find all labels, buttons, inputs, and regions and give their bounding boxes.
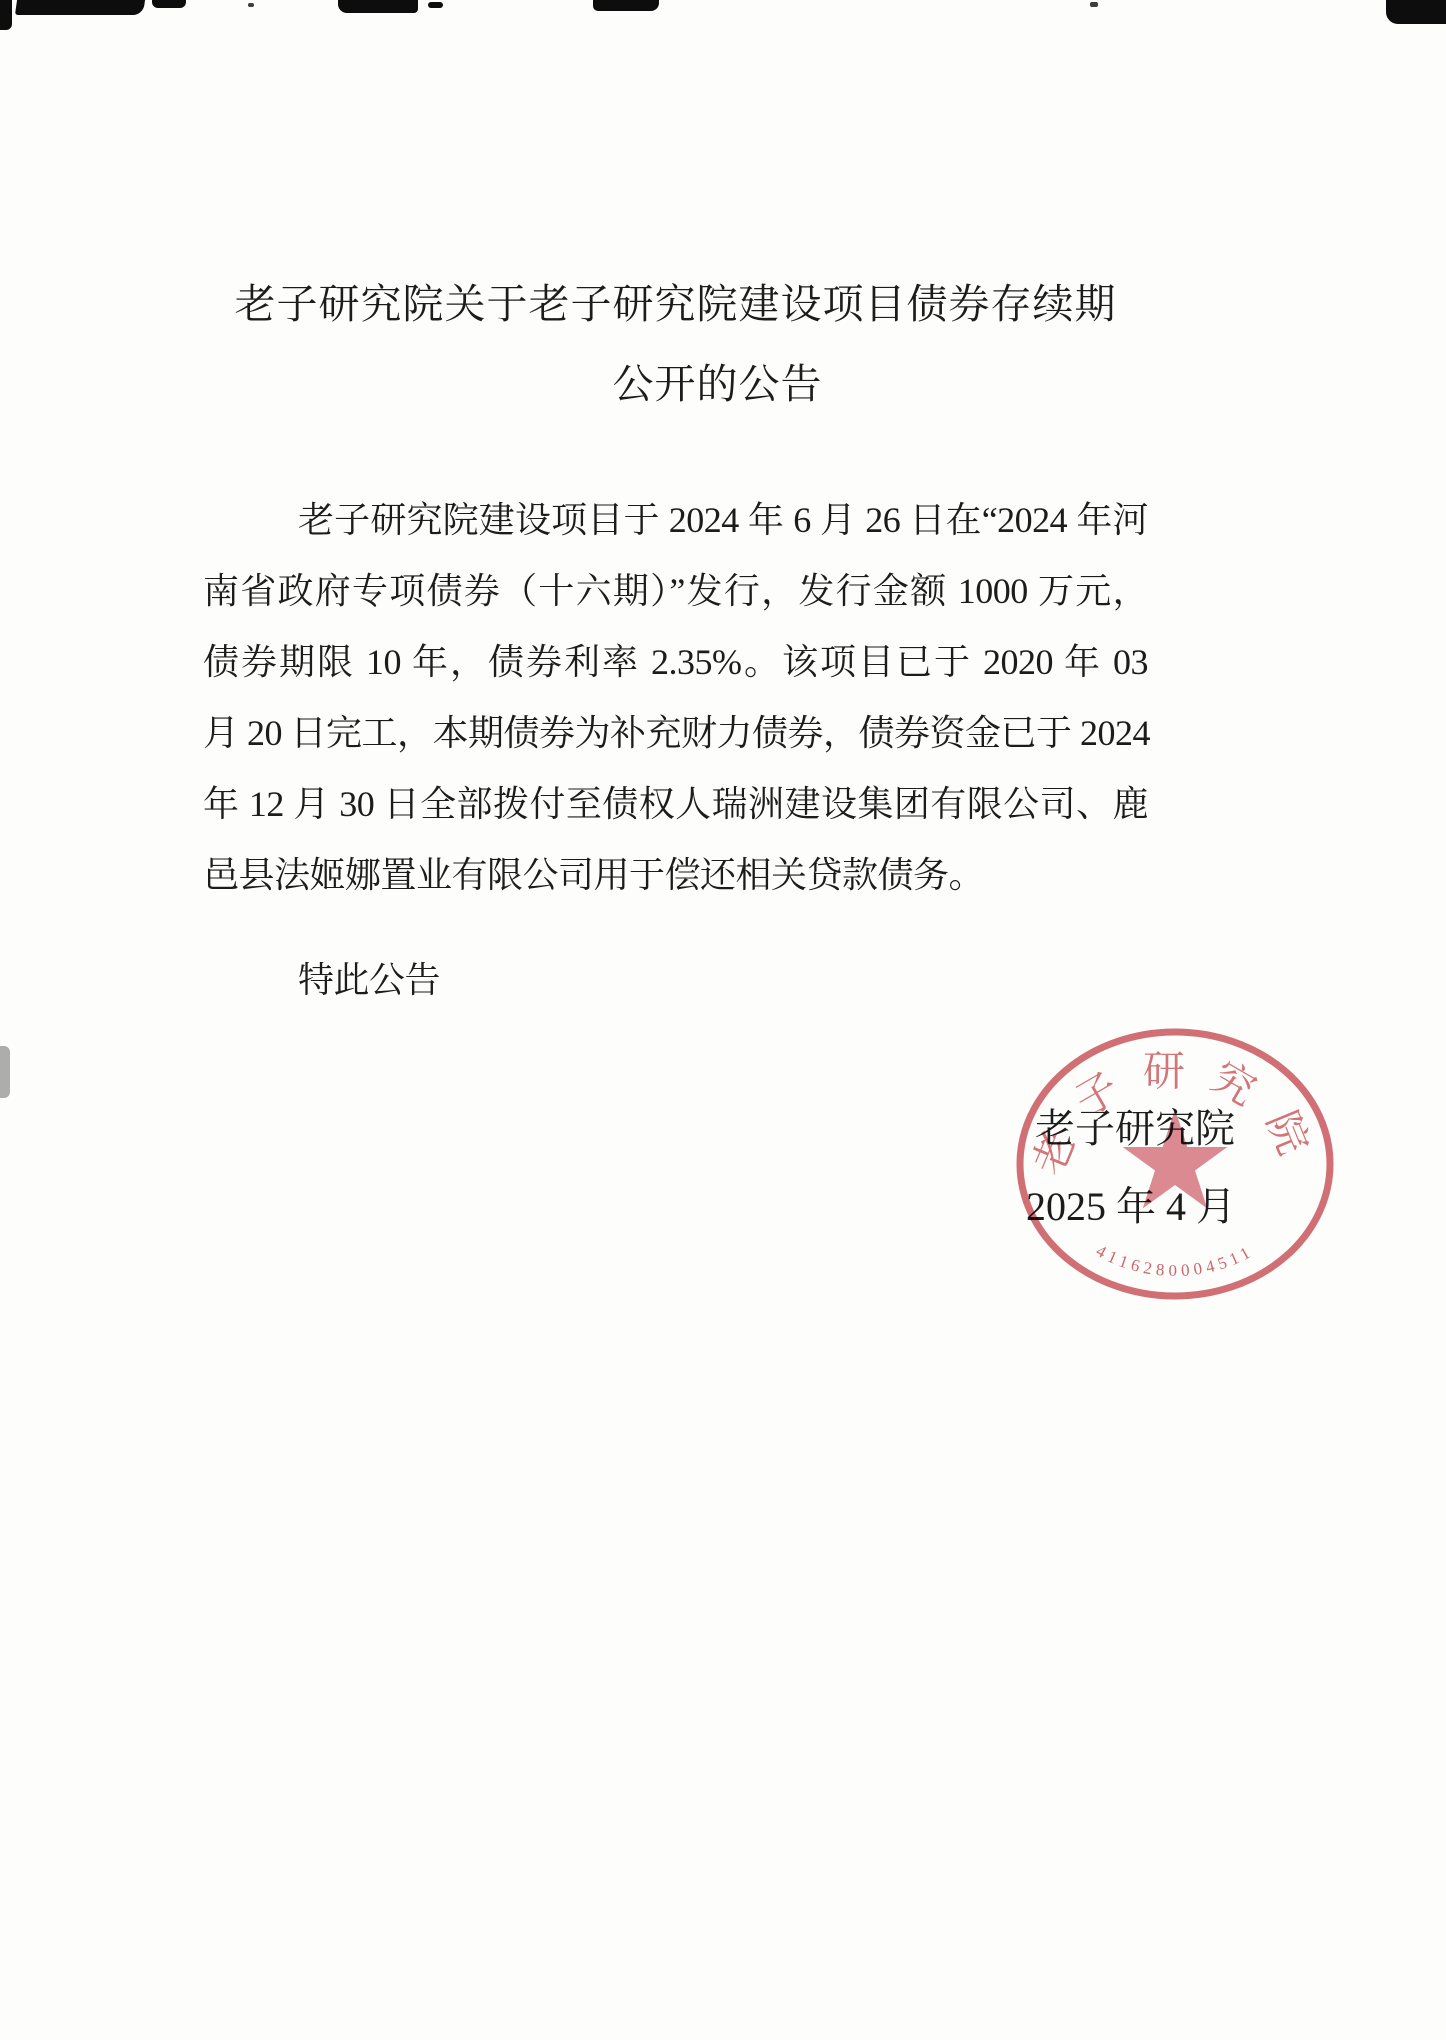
- document-content: 老子研究院关于老子研究院建设项目债券存续期 公开的公告 老子研究院建设项目于 2…: [203, 278, 1148, 1016]
- body-line: 月 20 日完工，本期债券为补充财力债券，债券资金已于 2024: [203, 698, 1148, 769]
- document-title-line2: 公开的公告: [203, 358, 1148, 410]
- scan-artifact: [593, 0, 659, 11]
- scan-artifact: [152, 0, 186, 8]
- closing-line: 特此公告: [203, 945, 1148, 1016]
- document-page: 老子研究院关于老子研究院建设项目债券存续期 公开的公告 老子研究院建设项目于 2…: [0, 0, 1446, 2040]
- body-line: 老子研究院建设项目于 2024 年 6 月 26 日在“2024 年河: [203, 485, 1148, 556]
- scan-artifact: [0, 0, 12, 30]
- seal-serial-number: 4116280004511: [1093, 1241, 1257, 1280]
- body-paragraph: 老子研究院建设项目于 2024 年 6 月 26 日在“2024 年河 南省政府…: [203, 485, 1148, 1016]
- document-title-line1: 老子研究院关于老子研究院建设项目债券存续期: [203, 278, 1148, 330]
- seal-star: [1123, 1109, 1228, 1209]
- body-line: 年 12 月 30 日全部拨付至债权人瑞洲建设集团有限公司、鹿: [203, 769, 1148, 840]
- scan-artifact: [1386, 0, 1446, 24]
- body-line: 邑县法姬娜置业有限公司用于偿还相关贷款债务。: [203, 840, 1148, 911]
- scan-artifact: [428, 2, 443, 8]
- scan-artifact: [15, 0, 145, 15]
- scan-artifact: [248, 3, 254, 7]
- official-seal: 老子研究院 4116280004511: [1010, 1022, 1340, 1306]
- body-line: 南省政府专项债券（十六期）”发行，发行金额 1000 万元，: [203, 556, 1148, 627]
- scan-artifact: [1090, 2, 1098, 7]
- body-line: 债券期限 10 年，债券利率 2.35%。该项目已于 2020 年 03: [203, 627, 1148, 698]
- scan-artifact: [0, 1046, 10, 1098]
- scan-artifact: [338, 0, 418, 13]
